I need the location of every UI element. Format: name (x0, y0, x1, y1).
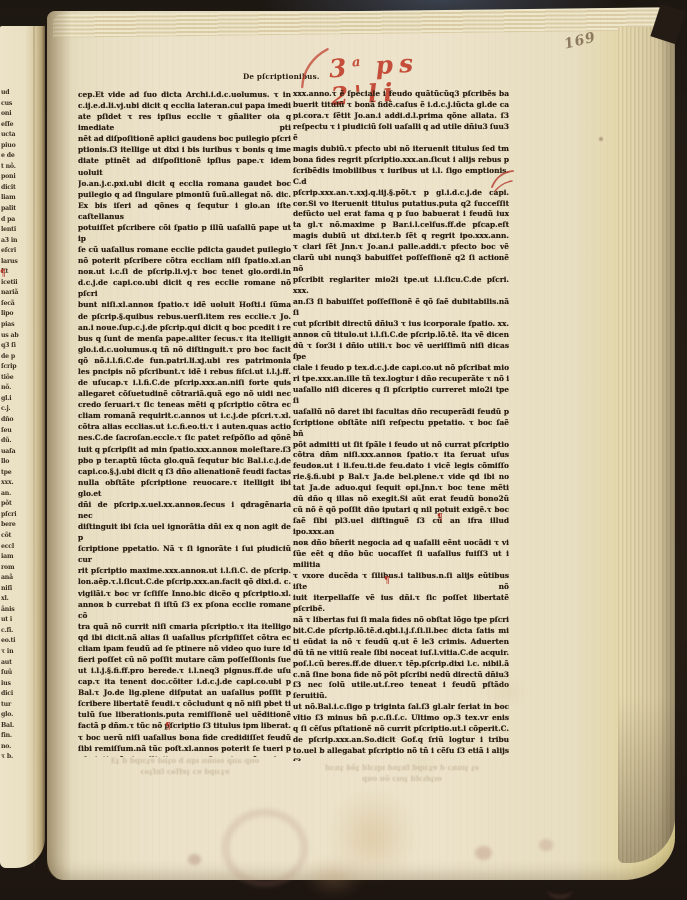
red-pilcrow-right-column-1: ¶ (437, 514, 443, 523)
stain-arc (547, 879, 573, 899)
text-column-right: xxx.anno.τ ẽ ſpeciale i feudo quãtũcũq3 … (293, 89, 509, 761)
text-column-left: cep.Et vide ad ſuo dicta Archi.i.d.c.uol… (78, 89, 291, 757)
red-pilcrow-facing: ¶ (0, 270, 6, 279)
red-pilcrow-right-column-2: ¶ (384, 577, 390, 586)
gutter-shadow (47, 11, 71, 880)
book-page: De pſcriptionibus. 3a ps 2'li 169 cep.Et… (47, 11, 675, 880)
facing-page-edge: ud cus oni eſſe ucta piuo e de t nõ. pon… (0, 26, 45, 868)
book-photo: ud cus oni eſſe ucta piuo e de t nõ. pon… (0, 0, 687, 900)
red-pilcrow-left-column: ¶ (165, 723, 171, 732)
red-margin-mark (490, 169, 516, 193)
showthrough-left: oup aup oıonu ıqn b oʇnd ɐʇɔıpd d ʇƎ ɐʇɔ… (81, 756, 289, 777)
facing-page-text-fragments: ud cus oni eſſe ucta piuo e de t nõ. pon… (1, 88, 20, 768)
showthrough-right: ǝʇ ʇıunɔ d ɐʇɔıpd ſnʇnd ıqıɔſd ʇõd ʇnɔıſ… (295, 763, 509, 784)
annotation-superscript: a (352, 55, 361, 71)
annotation-number: 3 (328, 53, 353, 84)
